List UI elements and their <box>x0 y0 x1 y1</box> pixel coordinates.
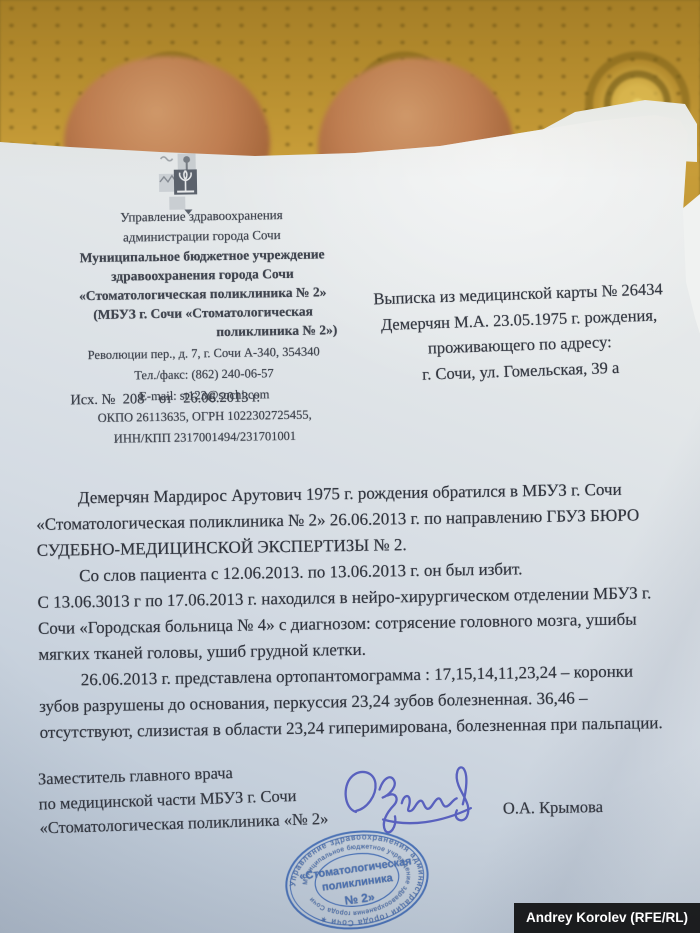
extract-header: Выписка из медицинской карты № 26434 Дем… <box>346 275 693 389</box>
address-line: Тел./факс: (862) 240-06-57 <box>36 364 372 386</box>
photo-credit: Andrey Korolev (RFE/RL) <box>514 903 700 933</box>
address-line: Революции пер., д. 7, г. Сочи А-340, 354… <box>36 343 372 365</box>
org-name-line: поликлиника № 2») <box>35 320 371 344</box>
body-paragraph: 26.06.2013 г. представлена ортопантомогр… <box>39 658 672 746</box>
address-line: ИНН/КПП 2317001494/231701001 <box>37 427 373 449</box>
document-body: Демерчян Мардирос Арутович 1975 г. рожде… <box>36 476 672 746</box>
photo-of-medical-document: Управление здравоохранения администрации… <box>0 0 700 933</box>
clinic-round-stamp-icon: Управление здравоохранения администрации… <box>250 814 464 933</box>
stamp-center-line: № 2» <box>344 890 376 908</box>
body-paragraph: Демерчян Мардирос Арутович 1975 г. рожде… <box>36 476 669 564</box>
clinic-logo-icon <box>156 150 211 215</box>
ref-number-line: Исх. № 208 от 26.06.2013 г. <box>70 389 260 409</box>
signer-name: О.А. Крымова <box>503 797 603 819</box>
body-paragraph: С 13.06.3013 г по 17.06.2013 г. находилс… <box>37 580 670 668</box>
document-content: Управление здравоохранения администрации… <box>0 0 700 933</box>
letterhead: Управление здравоохранения администрации… <box>33 204 373 449</box>
